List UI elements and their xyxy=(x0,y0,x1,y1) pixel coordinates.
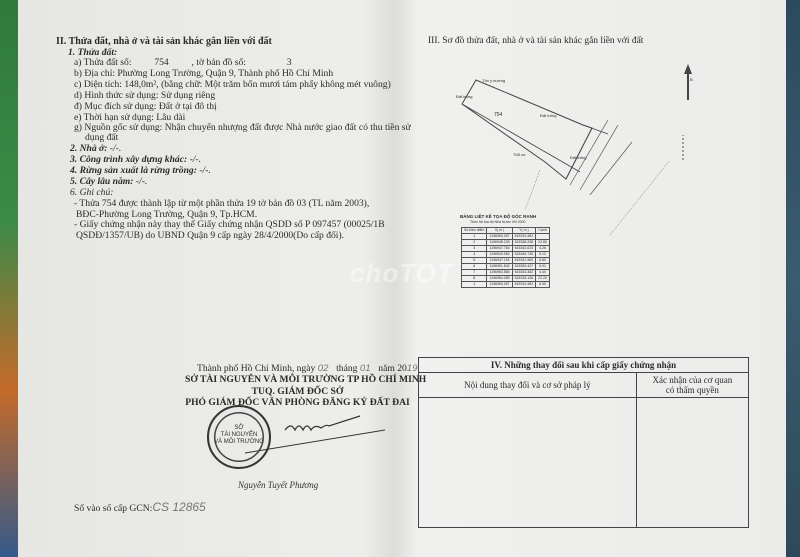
on-behalf-title: TUQ. GIÁM ĐỐC SỞ xyxy=(185,386,410,397)
issue-day: 02 xyxy=(318,363,334,374)
section-iv-title: IV. Những thay đổi sau khi cấp giấy chứn… xyxy=(419,358,749,373)
signature-scribble xyxy=(240,408,390,458)
chotot-watermark: choTOT xyxy=(350,258,454,289)
parcel-number-row: a) Thửa đất số: 754 , tờ bản đồ số: 3 xyxy=(74,57,292,68)
coord-table: Số hiệu điểm X( m ) Y( m ) Cạnh 11196960… xyxy=(461,227,550,288)
note-line-1: - Thửa 754 được thành lập từ một phần th… xyxy=(74,198,369,209)
col-change-content: Nội dung thay đổi và cơ sở pháp lý xyxy=(419,373,637,398)
house-label: 2. Nhà ở: xyxy=(70,143,107,154)
diagram-label-4: Thổ cư xyxy=(513,152,526,157)
coord-table-subtitle: Theo hệ tọa độ Nhà Nước VN 2000 xyxy=(470,220,525,224)
section-ii-title: II. Thửa đất, nhà ở và tài sản khác gắn … xyxy=(56,36,272,47)
note-line-4: QSDĐ/1357/UB) do UBND Quận 9 cấp ngày 28… xyxy=(76,230,344,241)
usage-origin-line2: dụng đất xyxy=(85,132,118,143)
address: b) Địa chỉ: Phường Long Trường, Quận 9, … xyxy=(74,68,333,79)
authority-confirmation-cell xyxy=(636,398,748,528)
col-authority-confirmation: Xác nhận của cơ quancó thẩm quyền xyxy=(636,373,748,398)
coord-row: 11196960.267615319.4826.90 xyxy=(462,282,550,288)
perennial-row: 5. Cây lâu năm: -/-. xyxy=(70,176,147,187)
map-sheet-label: , tờ bản đồ số: xyxy=(192,57,246,68)
forest-label: 4. Rừng sản xuất là rừng trồng: xyxy=(70,165,197,176)
usage-origin-line1: g) Nguồn gốc sử dụng: Nhận chuyển nhượng… xyxy=(74,122,411,133)
diagram-label-3: Đất trống xyxy=(570,155,586,160)
issuing-agency: SỞ TÀI NGUYÊN VÀ MÔI TRƯỜNG TP HỒ CHÍ MI… xyxy=(185,374,410,385)
issue-month: 01 xyxy=(360,363,376,374)
other-construction-row: 3. Công trình xây dựng khác: -/-. xyxy=(70,154,201,165)
issue-year: 19 xyxy=(407,363,418,374)
usage-purpose: đ) Mục đích sử dụng: Đất ở tại đô thị xyxy=(74,101,217,112)
changes-table: IV. Những thay đổi sau khi cấp giấy chứn… xyxy=(418,357,749,528)
north-label: B xyxy=(690,77,693,82)
registry-label: Số vào sổ cấp GCN: xyxy=(74,503,152,514)
signer-name: Nguyễn Tuyết Phương xyxy=(238,480,318,490)
coord-table-title: BẢNG LIỆT KÊ TỌA ĐỘ GÓC RANH xyxy=(460,214,536,219)
diagram-parcel-label: 754 xyxy=(494,112,502,118)
map-sheet-number: 3 xyxy=(287,57,292,68)
registry-value: CS 12865 xyxy=(152,500,205,514)
note-line-3: - Giấy chứng nhận này thay thế Giấy chứn… xyxy=(74,219,385,230)
parcel-number: 754 xyxy=(154,57,168,68)
diagram-label-1: Đất trống xyxy=(456,94,472,99)
diagram-label-5: Tôn ý nướng xyxy=(482,78,505,83)
issue-date: Thành phố Hồ Chí Minh, ngày 02 tháng 01 … xyxy=(197,363,417,374)
usage-form: d) Hình thức sử dụng: Sử dụng riêng xyxy=(74,90,215,101)
parcel-label: a) Thửa đất số: xyxy=(74,57,132,68)
house-row: 2. Nhà ở: -/-. xyxy=(70,143,121,154)
other-construction-label: 3. Công trình xây dựng khác: xyxy=(70,154,187,165)
perennial-label: 5. Cây lâu năm: xyxy=(70,176,133,187)
notes-heading: 6. Ghi chú: xyxy=(70,187,113,198)
signer-title: PHÓ GIÁM ĐỐC VĂN PHÒNG ĐĂNG KÝ ĐẤT ĐAI xyxy=(185,397,410,408)
registry-number-row: Số vào sổ cấp GCN:CS 12865 xyxy=(74,502,206,514)
area: c) Diện tích: 148,0m², (bằng chữ: Một tr… xyxy=(74,79,391,90)
diagram-label-2: Đất trống xyxy=(540,113,556,118)
forest-row: 4. Rừng sản xuất là rừng trồng: -/-. xyxy=(70,165,211,176)
section-iii-title: III. Sơ đồ thửa đất, nhà ở và tài sản kh… xyxy=(428,36,643,46)
change-content-cell xyxy=(419,398,637,528)
